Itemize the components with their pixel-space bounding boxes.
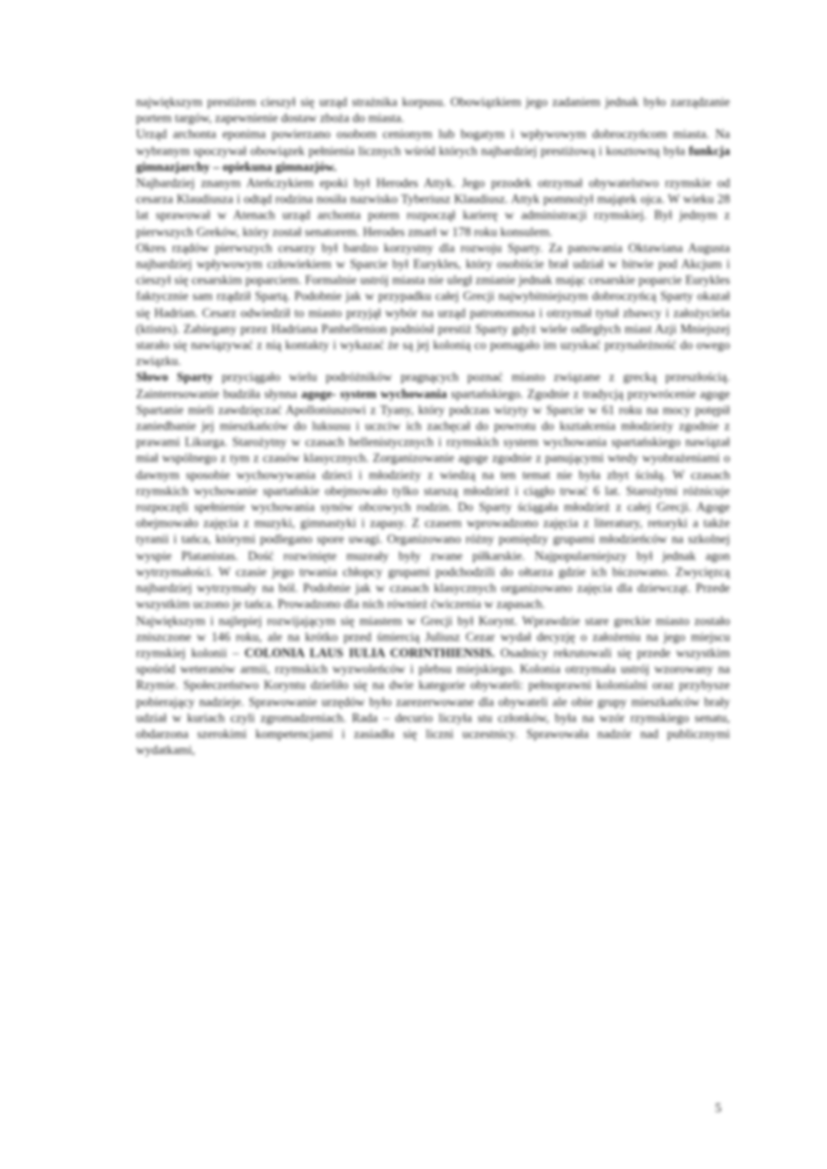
emphasis: COLONIA LAUS IULIA CORINTHIENSIS. [245,646,495,660]
emphasis: agoge- system wychowania [301,387,447,401]
document-body: największym prestiżem cieszył się urząd … [136,94,730,758]
paragraph-4: Okres rządów pierwszych cesarzy był bard… [136,240,730,370]
emphasis: Słowo Sparty [136,370,213,384]
paragraph-6: Największym i najlepiej rozwijającym się… [136,613,730,759]
paragraph-3: Najbardziej znanym Ateńczykiem epoki był… [136,175,730,240]
page-number: 5 [715,1100,722,1116]
paragraph-5: Słowo Sparty przyciągało wielu podróżnik… [136,369,730,612]
paragraph-2: Urząd archonta eponima powierzano osobom… [136,126,730,175]
paragraph-1: największym prestiżem cieszył się urząd … [136,94,730,126]
